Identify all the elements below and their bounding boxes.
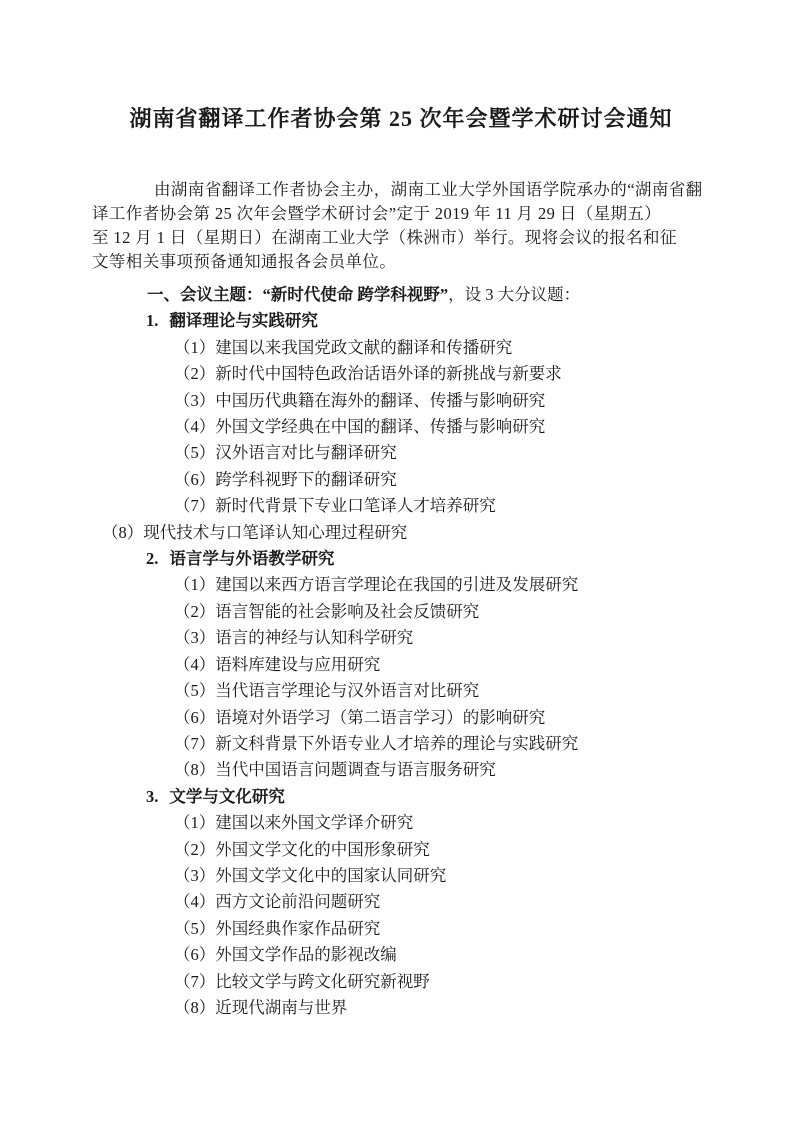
section-3-item-1: （1）建国以来外国文学译介研究 (92, 810, 710, 836)
theme-line: 一、会议主题：“新时代使命 跨学科视野”，设 3 大分议题： (92, 282, 710, 308)
section-1-item-2: （2）新时代中国特色政治话语外译的新挑战与新要求 (92, 361, 710, 387)
section-2-heading: 2.语言学与外语教学研究 (92, 546, 710, 572)
section-1-number: 1. (146, 311, 158, 330)
section-2-title: 语言学与外语教学研究 (169, 549, 334, 568)
intro-line-4: 文等相关事项预备通知通报各会员单位。 (92, 250, 710, 274)
intro-line-1: 由湖南省翻译工作者协会主办，湖南工业大学外国语学院承办的“湖南省翻 (92, 178, 710, 202)
section-3-number: 3. (146, 787, 158, 806)
intro-line-3: 至 12 月 1 日（星期日）在湖南工业大学（株洲市）举行。现将会议的报名和征 (92, 226, 710, 250)
section-1-item-3: （3）中国历代典籍在海外的翻译、传播与影响研究 (92, 388, 710, 414)
section-3-item-5: （5）外国经典作家作品研究 (92, 916, 710, 942)
section-3-item-3: （3）外国文学文化中的国家认同研究 (92, 863, 710, 889)
section-2-item-4: （4）语料库建设与应用研究 (92, 652, 710, 678)
section-1-title: 翻译理论与实践研究 (169, 311, 318, 330)
section-3-item-4: （4）西方文论前沿问题研究 (92, 889, 710, 915)
theme-line-bold: 一、会议主题：“新时代使命 跨学科视野” (147, 285, 448, 304)
theme-line-regular: ，设 3 大分议题： (448, 285, 580, 304)
section-3-item-2: （2）外国文学文化的中国形象研究 (92, 837, 710, 863)
section-3-item-7: （7）比较文学与跨文化研究新视野 (92, 969, 710, 995)
section-1-item-1: （1）建国以来我国党政文献的翻译和传播研究 (92, 335, 710, 361)
topics-block: 一、会议主题：“新时代使命 跨学科视野”，设 3 大分议题： 1.翻译理论与实践… (92, 282, 710, 1021)
section-2-item-3: （3）语言的神经与认知科学研究 (92, 625, 710, 651)
section-1-heading: 1.翻译理论与实践研究 (92, 308, 710, 334)
section-2-item-2: （2）语言智能的社会影响及社会反馈研究 (92, 599, 710, 625)
section-3-heading: 3.文学与文化研究 (92, 784, 710, 810)
intro-line-2: 译工作者协会第 25 次年会暨学术研讨会”定于 2019 年 11 月 29 日… (92, 202, 710, 226)
section-3-item-6: （6）外国文学作品的影视改编 (92, 942, 710, 968)
section-2-item-1: （1）建国以来西方语言学理论在我国的引进及发展研究 (92, 572, 710, 598)
section-1-item-7: （7）新时代背景下专业口笔译人才培养研究 (92, 493, 710, 519)
intro-paragraph: 由湖南省翻译工作者协会主办，湖南工业大学外国语学院承办的“湖南省翻 译工作者协会… (92, 178, 710, 274)
page-content: 湖南省翻译工作者协会第 25 次年会暨学术研讨会通知 由湖南省翻译工作者协会主办… (0, 0, 800, 1021)
section-3-title: 文学与文化研究 (169, 787, 285, 806)
section-2-item-7: （7）新文科背景下外语专业人才培养的理论与实践研究 (92, 731, 710, 757)
section-2-item-8: （8）当代中国语言问题调查与语言服务研究 (92, 757, 710, 783)
section-1-item-4: （4）外国文学经典在中国的翻译、传播与影响研究 (92, 414, 710, 440)
section-2-number: 2. (146, 549, 158, 568)
section-1-item-5: （5）汉外语言对比与翻译研究 (92, 440, 710, 466)
section-1-item-8: （8）现代技术与口笔译认知心理过程研究 (92, 520, 710, 546)
section-2-item-5: （5）当代语言学理论与汉外语言对比研究 (92, 678, 710, 704)
section-2-item-6: （6）语境对外语学习（第二语言学习）的影响研究 (92, 705, 710, 731)
section-1-item-6: （6）跨学科视野下的翻译研究 (92, 467, 710, 493)
document-page: 湖南省翻译工作者协会第 25 次年会暨学术研讨会通知 由湖南省翻译工作者协会主办… (0, 0, 800, 1131)
doc-title: 湖南省翻译工作者协会第 25 次年会暨学术研讨会通知 (92, 104, 710, 134)
section-3-item-8: （8）近现代湖南与世界 (92, 995, 710, 1021)
